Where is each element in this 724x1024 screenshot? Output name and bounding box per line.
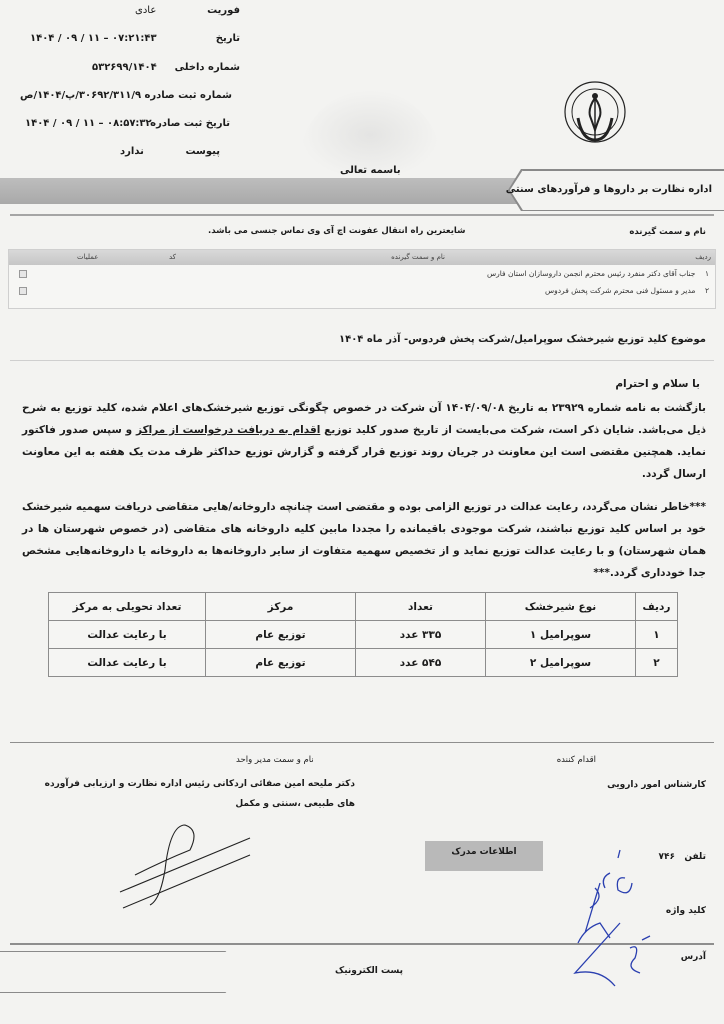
university-logo [560,78,630,156]
recipient-row-number: ۲ [705,286,709,295]
divider [10,360,714,361]
manager-value: دکتر ملیحه امین صفائی اردکانی رئیس اداره… [40,774,355,814]
cell-quantity: ۵۴۵ عدد [356,649,486,677]
table-row: ۱ سوپرامیل ۱ ۳۳۵ عدد توزیع عام با رعایت … [49,621,678,649]
th-center: مرکز [206,593,356,621]
document-info-button[interactable]: اطلاعات مدرک [425,841,543,871]
recipient-row-number: ۱ [705,269,709,278]
meta-internal-number: شماره داخلی ۵۳۲۶۹۹/۱۴۰۴ [20,62,240,76]
table-header-row: ردیف نوع شیرخشک تعداد مرکز تعداد تحویلی … [49,593,678,621]
th-quantity: تعداد [356,593,486,621]
actor-label: اقدام کننده [557,755,596,765]
distribution-table: ردیف نوع شیرخشک تعداد مرکز تعداد تحویلی … [48,592,678,677]
phone-value: ۷۴۶ [658,852,674,862]
health-slogan: شایعترین راه انتقال عفونت اچ آی وی تماس … [208,226,465,236]
phone-field: تلفن ۷۴۶ [658,852,706,862]
col-name: نام و سمت گیرنده [391,253,445,261]
manager-label: نام و سمت مدیر واحد [236,755,314,765]
meta-label: شماره ثبت صادره [144,90,232,101]
cell-center: توزیع عام [206,649,356,677]
body-paragraph-2: ***خاطر نشان می‌گردد، رعایت عدالت در توز… [22,496,706,584]
cell-formula-type: سوپرامیل ۱ [486,621,636,649]
address-label: آدرس [681,952,706,962]
cell-row: ۱ [636,621,678,649]
meta-attachment: پیوست ندارد [20,146,220,160]
view-icon[interactable] [19,270,27,278]
meta-label: فوریت [207,5,240,16]
meta-value: عادی [135,5,156,16]
signature-icon [115,820,255,920]
table-row: ۲ سوپرامیل ۲ ۵۴۵ عدد توزیع عام با رعایت … [49,649,678,677]
greeting: با سلام و احترام [615,378,700,390]
recipients-table: ردیف نام و سمت گیرنده کد عملیات ۱ جناب آ… [8,249,716,309]
email-field[interactable] [0,951,245,993]
th-delivered: تعداد تحویلی به مرکز [49,593,206,621]
recipient-row: ۲ مدیر و مسئول فنی محترم شرکت پخش فردوس [545,286,709,295]
divider [10,742,714,743]
department-title: اداره نظارت بر داروها و فرآوردهای سنتی [506,184,712,195]
cell-formula-type: سوپرامیل ۲ [486,649,636,677]
recipient-name: مدیر و مسئول فنی محترم شرکت پخش فردوس [545,286,695,295]
meta-priority: فوریت عادی [20,5,240,19]
cell-quantity: ۳۳۵ عدد [356,621,486,649]
col-row: ردیف [695,253,711,261]
meta-value: ندارد [120,146,144,157]
emblem-icon [560,78,630,156]
meta-value: ۱۴۰۴ / ۰۹ / ۱۱ – ۰۸:۵۷:۳۲ [25,118,152,129]
cell-delivered: با رعایت عدالت [49,621,206,649]
th-formula-type: نوع شیرخشک [486,593,636,621]
col-code: کد [169,253,176,261]
meta-outgoing-reg-date: تاریخ ثبت صادره ۱۴۰۴ / ۰۹ / ۱۱ – ۰۸:۵۷:۳… [20,118,230,132]
cell-center: توزیع عام [206,621,356,649]
invocation: باسمه تعالی [340,165,401,176]
meta-label: تاریخ ثبت صادره [150,118,230,129]
th-row: ردیف [636,593,678,621]
col-actions: عملیات [77,253,98,261]
email-label: پست الکترونیک [335,966,403,976]
divider [10,214,714,216]
meta-label: تاریخ [216,33,240,44]
view-icon[interactable] [19,287,27,295]
meta-label: شماره داخلی [175,62,240,73]
meta-value: ۳۰۶۹۲/۳۱۱/۹/پ/۱۴۰۴/ص [20,90,141,101]
body-paragraph-1: بازگشت به نامه شماره ۲۳۹۲۹ به تاریخ ۱۴۰۴… [22,397,706,485]
subject: موضوع کلید توزیع شیرخشک سوپرامیل/شرکت پخ… [339,334,706,345]
recipient-label: نام و سمت گیرنده [629,227,706,237]
handwritten-note-icon [570,848,660,988]
meta-value: ۱۴۰۴ / ۰۹ / ۱۱ – ۰۷:۲۱:۴۳ [30,33,157,44]
meta-value: ۵۳۲۶۹۹/۱۴۰۴ [92,62,157,73]
phone-label: تلفن [684,852,706,862]
recipients-table-header: ردیف نام و سمت گیرنده کد عملیات [9,250,715,265]
cell-delivered: با رعایت عدالت [49,649,206,677]
cell-row: ۲ [636,649,678,677]
meta-outgoing-reg-number: شماره ثبت صادره ۳۰۶۹۲/۳۱۱/۹/پ/۱۴۰۴/ص [20,90,232,104]
actor-value: کارشناس امور دارویی [607,780,706,790]
meta-label: پیوست [185,146,220,157]
recipient-name: جناب آقای دکتر منفرد رئیس محترم انجمن دا… [487,269,695,278]
paragraph-underlined: اقدام به دریافت درخواست از مراکز [136,424,320,436]
meta-date: تاریخ ۱۴۰۴ / ۰۹ / ۱۱ – ۰۷:۲۱:۴۳ [20,33,240,47]
recipient-row: ۱ جناب آقای دکتر منفرد رئیس محترم انجمن … [487,269,709,278]
keyword-label: کلید واژه [666,906,706,916]
